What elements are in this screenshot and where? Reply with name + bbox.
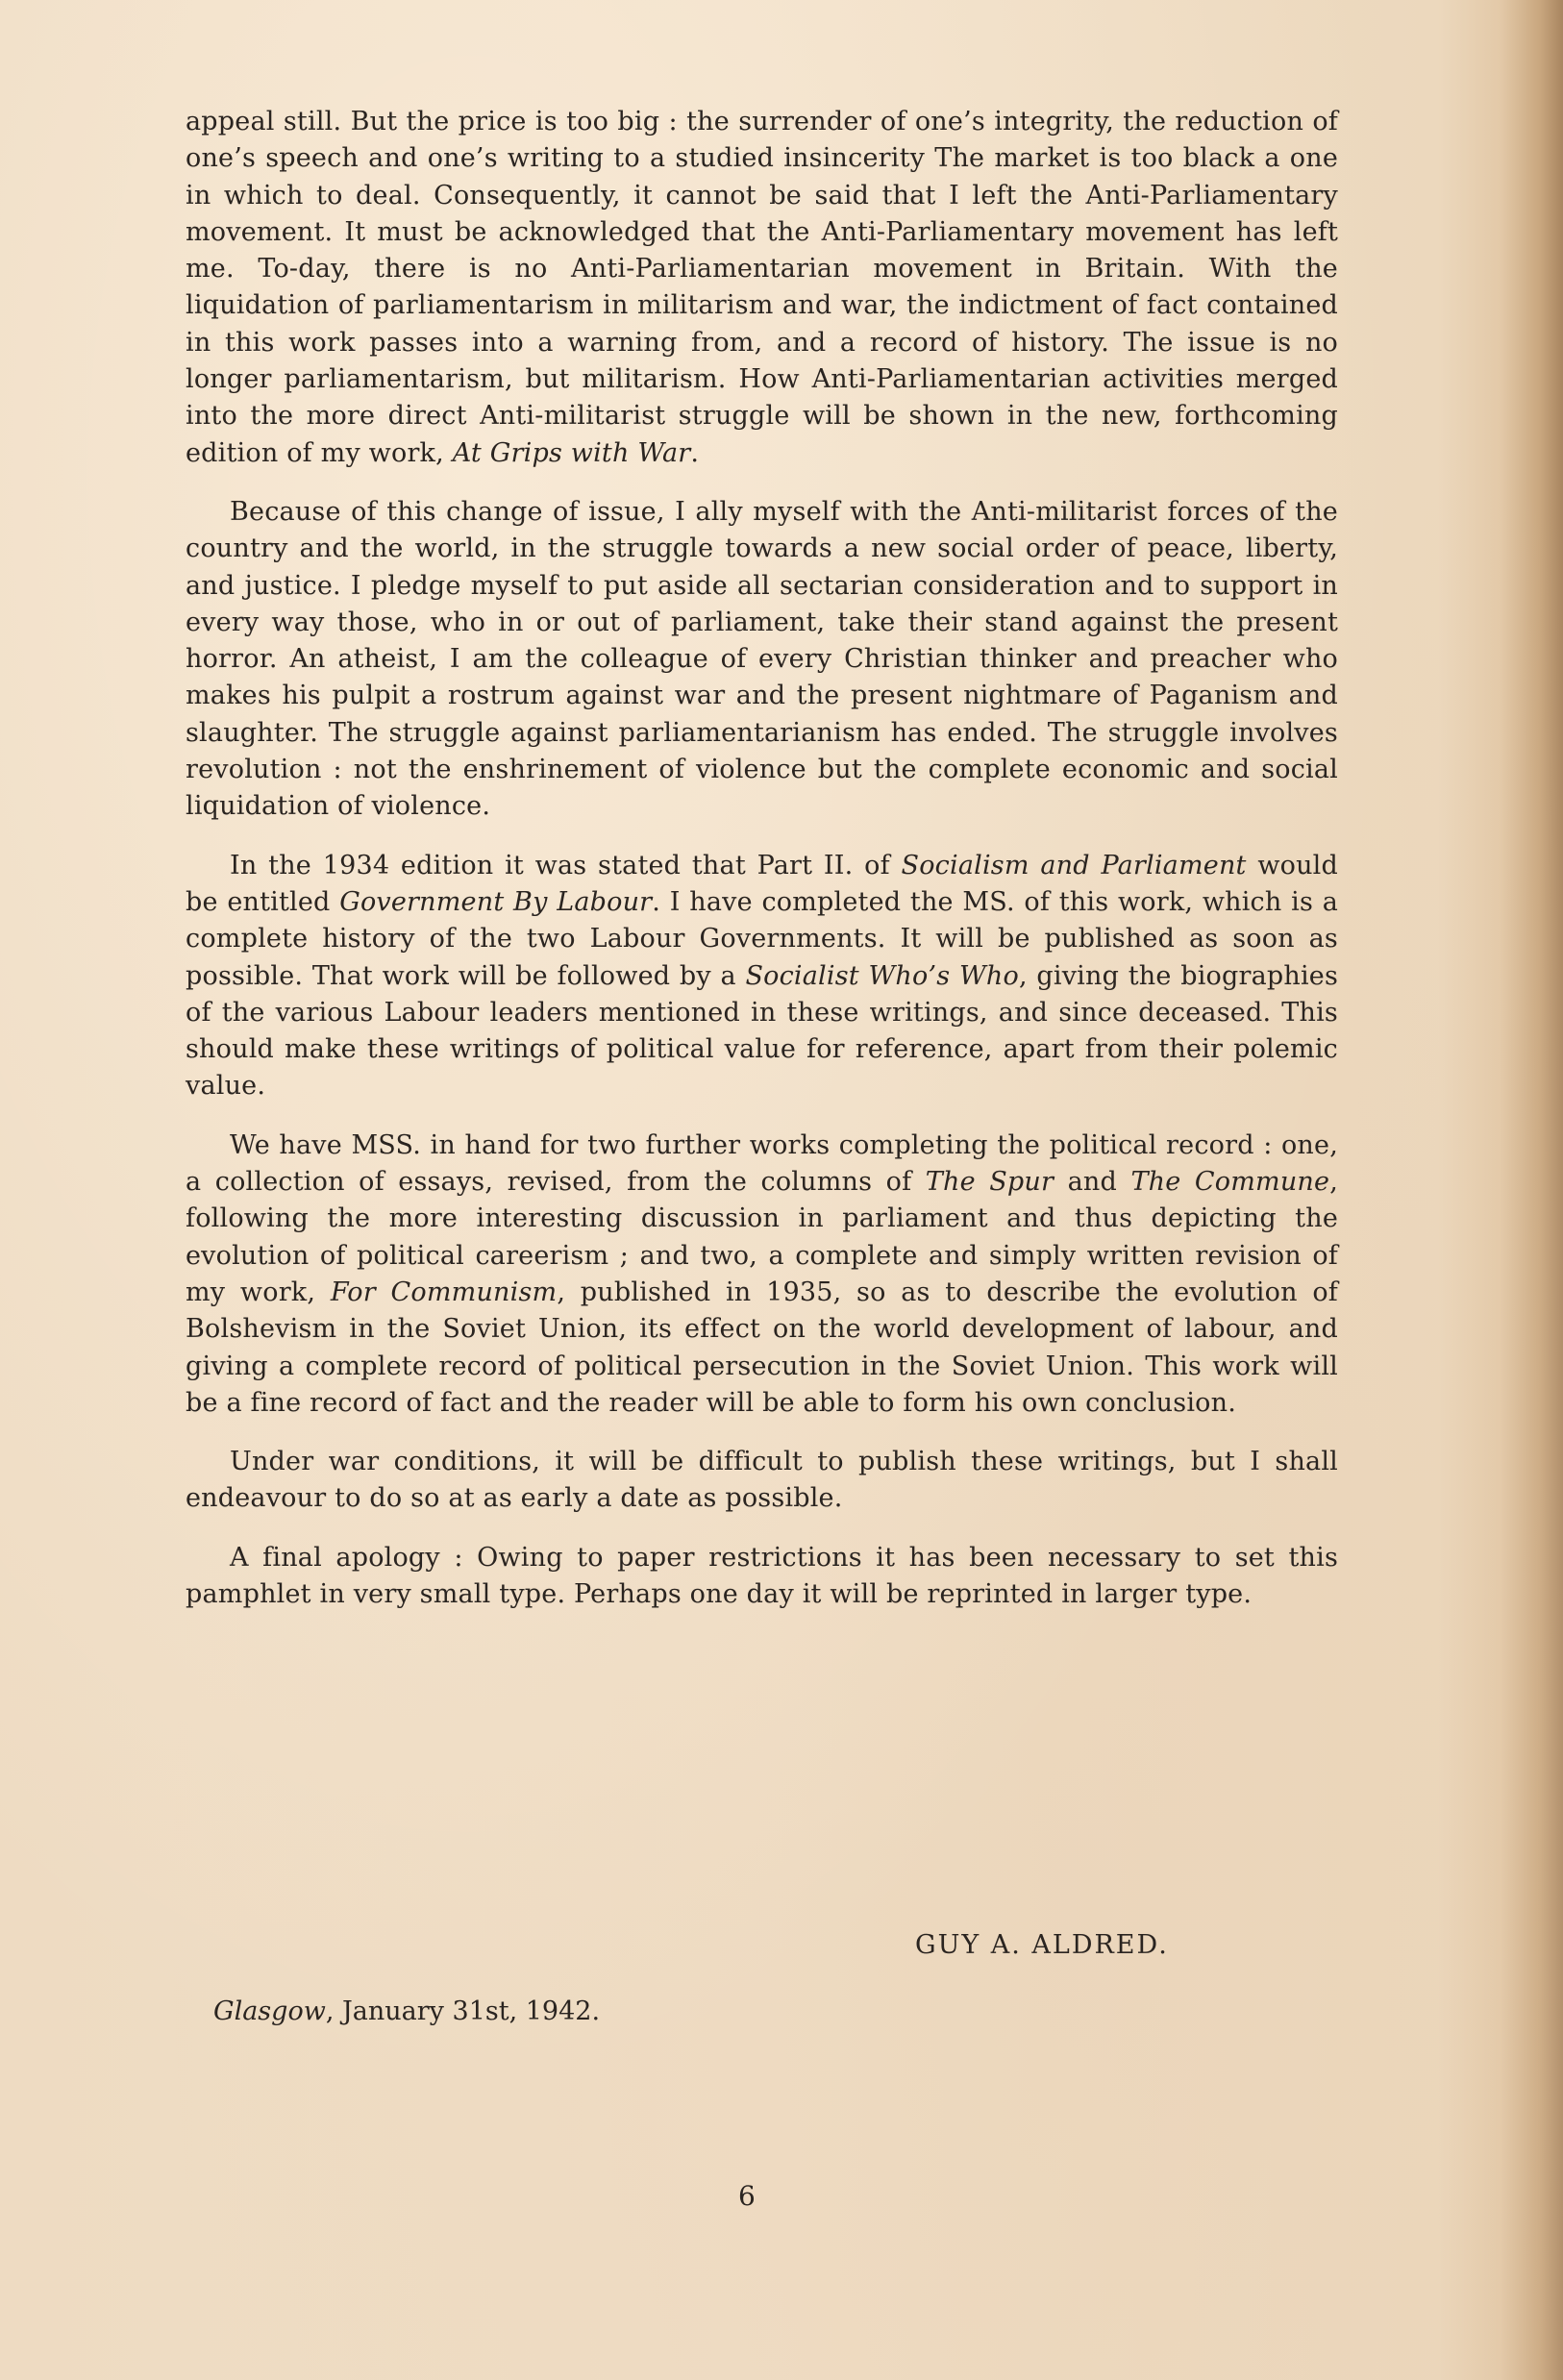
dateline-place: Glasgow	[213, 1996, 326, 2026]
paragraph-6: A final apology : Owing to paper restric…	[186, 1540, 1338, 1614]
page-number: 6	[738, 2180, 756, 2212]
paragraph-4: We have MSS. in hand for two further wor…	[186, 1128, 1338, 1422]
periodical-the-spur: The Spur	[926, 1167, 1054, 1197]
book-title-at-grips-with-war: At Grips with War	[453, 438, 691, 468]
dateline: Glasgow, January 31st, 1942.	[213, 1996, 600, 2026]
paragraph-3: In the 1934 edition it was stated that P…	[186, 848, 1338, 1105]
text-segment: Because of this change of issue, I ally …	[186, 497, 1338, 821]
dateline-date: , January 31st, 1942.	[326, 1996, 600, 2026]
text-segment: Under war conditions, it will be difficu…	[186, 1447, 1338, 1513]
text-segment: In the 1934 edition it was stated that P…	[230, 851, 902, 880]
paragraph-2: Because of this change of issue, I ally …	[186, 494, 1338, 826]
periodical-the-commune: The Commune	[1130, 1167, 1329, 1197]
text-segment: and	[1054, 1167, 1130, 1197]
book-title-government-by-labour: Government By Labour	[339, 887, 652, 917]
text-segment: appeal still. But the price is too big :…	[186, 107, 1338, 468]
page: appeal still. But the price is too big :…	[0, 0, 1563, 2380]
paragraph-5: Under war conditions, it will be difficu…	[186, 1444, 1338, 1518]
book-title-socialist-whos-who: Socialist Who’s Who	[745, 961, 1019, 991]
text-segment: .	[690, 438, 699, 468]
author-signature: GUY A. ALDRED.	[915, 1930, 1169, 1960]
text-segment: A final apology : Owing to paper restric…	[186, 1543, 1338, 1609]
body-text: appeal still. But the price is too big :…	[186, 104, 1338, 1635]
book-title-socialism-and-parliament: Socialism and Parliament	[902, 851, 1247, 880]
paragraph-1: appeal still. But the price is too big :…	[186, 104, 1338, 472]
book-title-for-communism: For Communism	[331, 1277, 557, 1307]
